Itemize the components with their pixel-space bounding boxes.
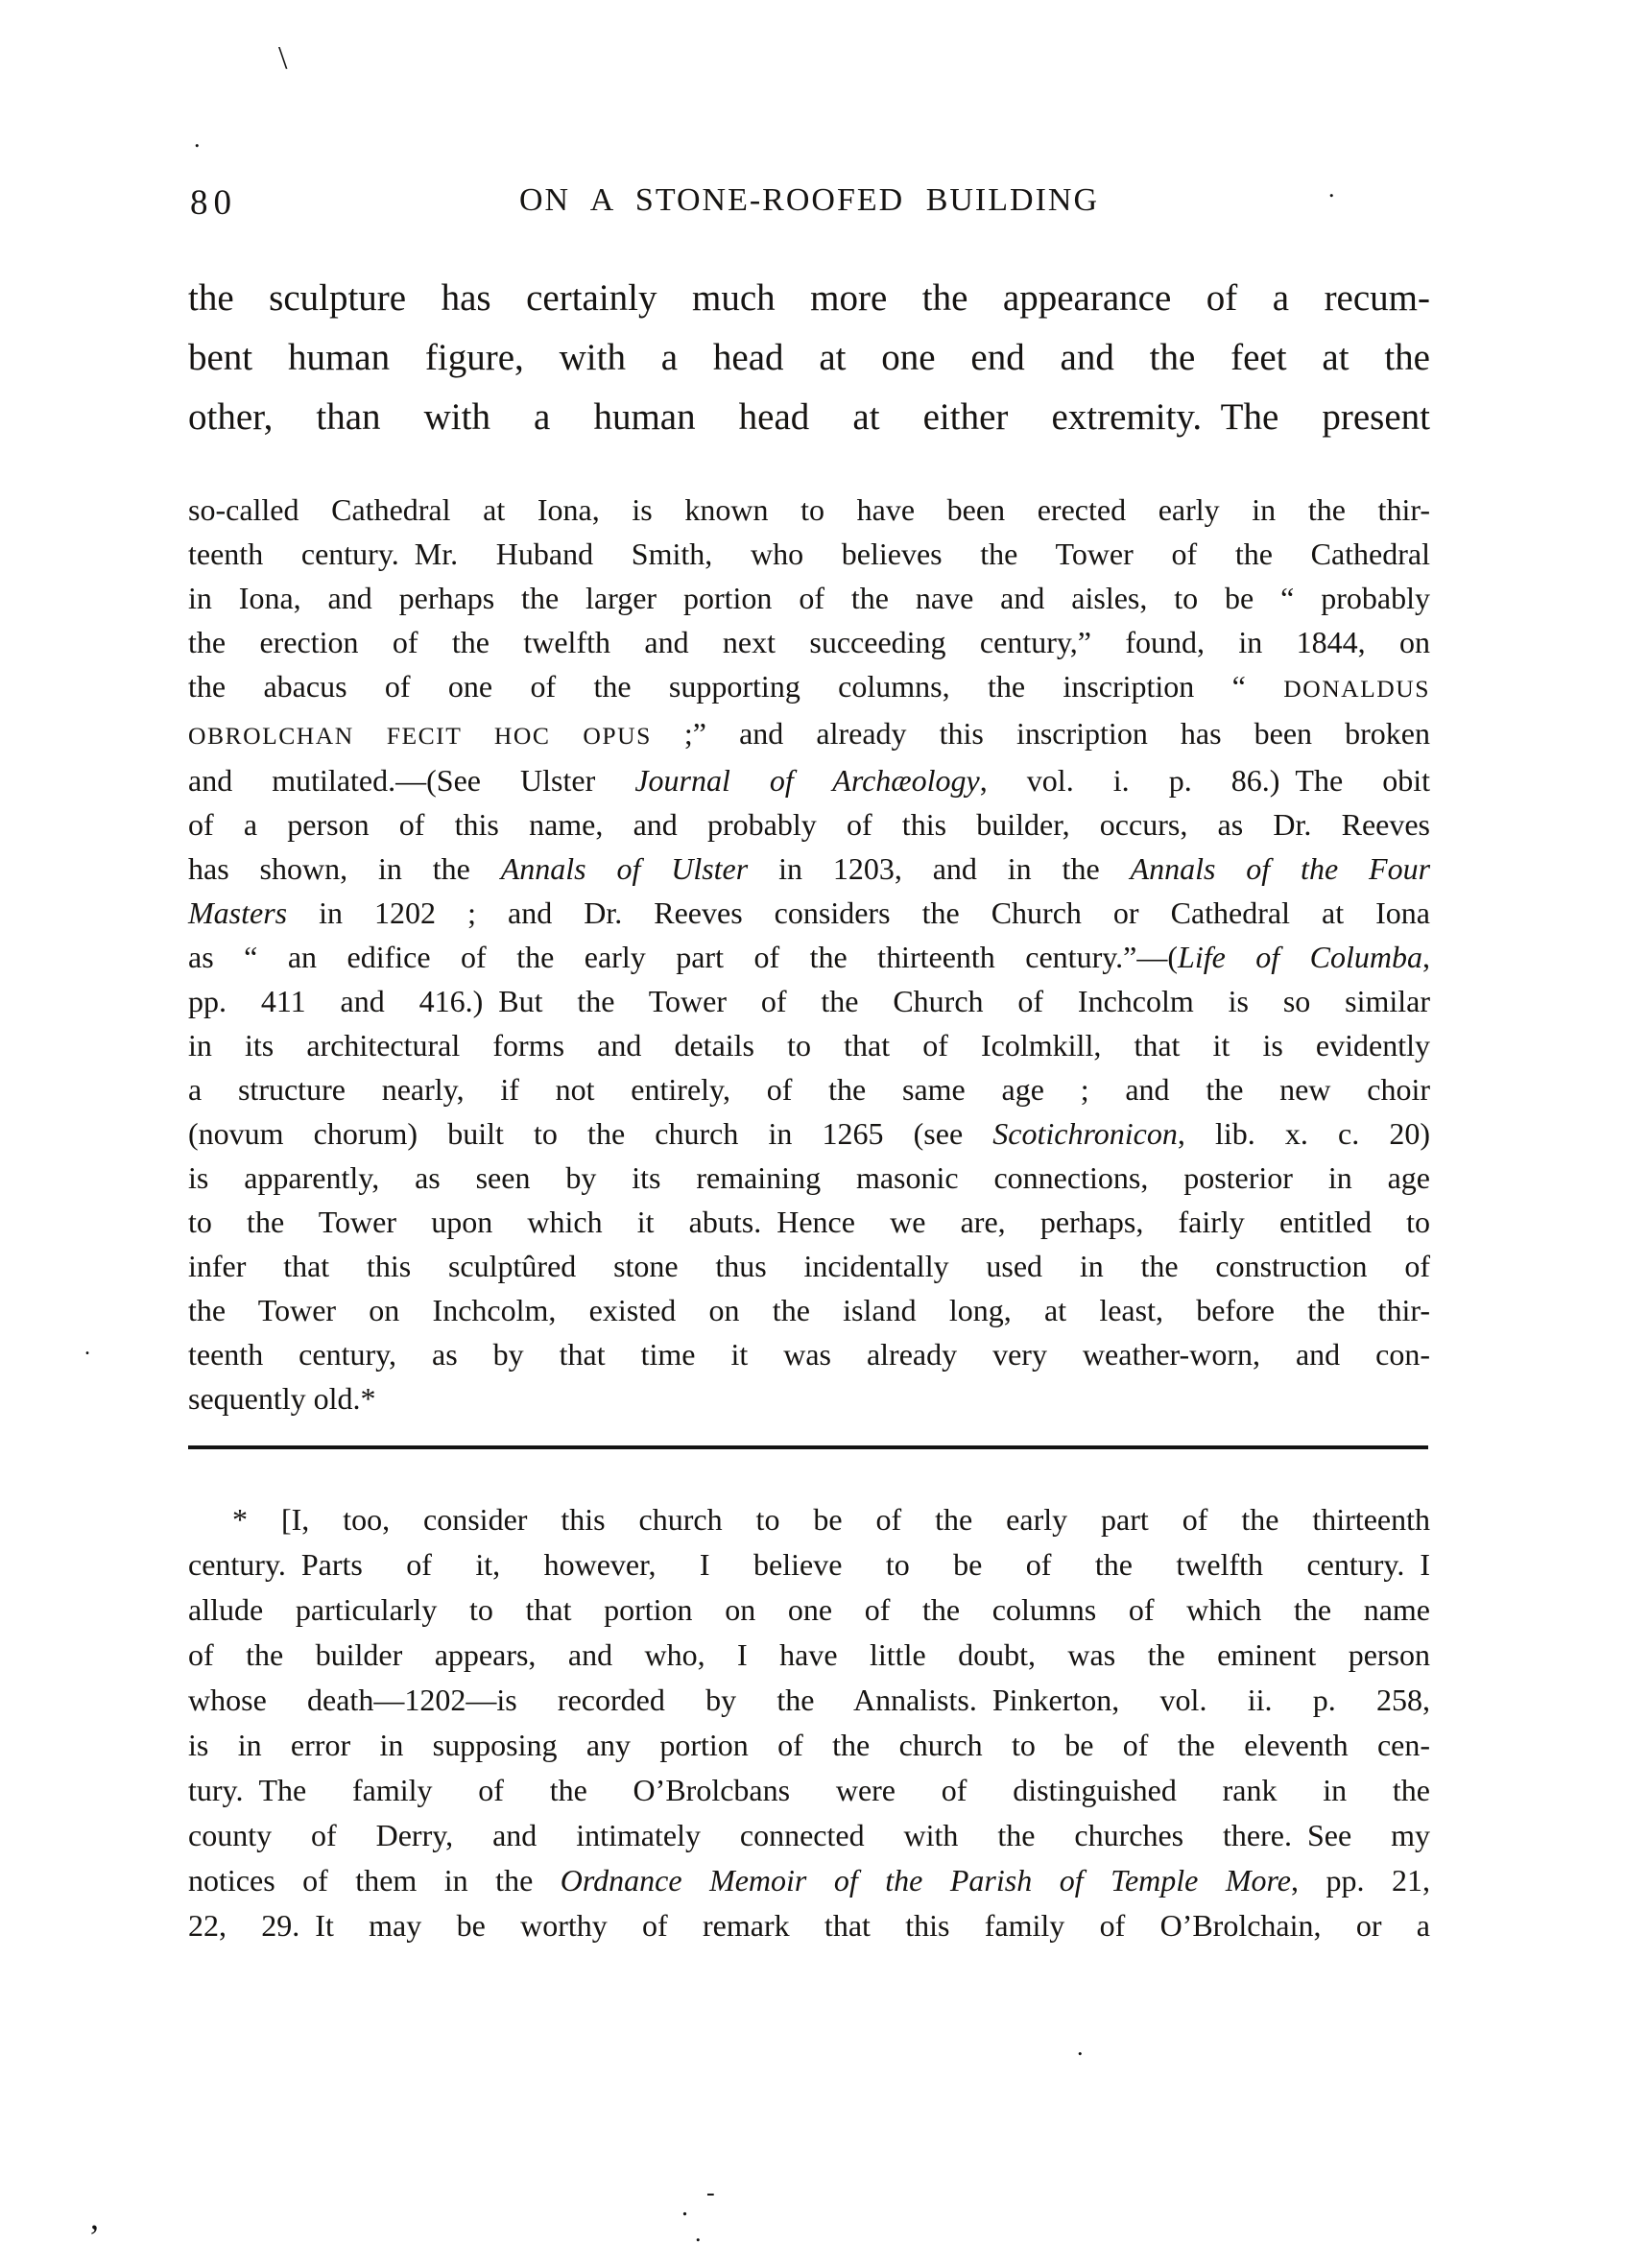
text-line: 22, 29. It may be worthy of remark that …: [188, 1903, 1430, 1948]
footnote-continuation: so-called Cathedral at Iona, is known to…: [188, 488, 1430, 1420]
text-line: in Iona, and perhaps the larger portion …: [188, 576, 1430, 620]
text-line: whose death—1202—is recorded by the Anna…: [188, 1678, 1430, 1723]
text-segment: tury. The family of the O’Brolcbans were…: [188, 1773, 1430, 1807]
text-segment: in its architectural forms and details t…: [188, 1028, 1430, 1062]
text-segment: whose death—1202—is recorded by the Anna…: [188, 1683, 1430, 1717]
text-line: the abacus of one of the supporting colu…: [188, 664, 1430, 711]
text-line: * [I, too, consider this church to be of…: [188, 1497, 1430, 1542]
text-line: pp. 411 and 416.) But the Tower of the C…: [188, 979, 1430, 1023]
text-segment: , vol. i. p. 86.) The obit: [980, 763, 1430, 798]
smallcaps-inscription: OBROLCHAN FECIT HOC OPUS: [188, 722, 652, 750]
text-line: the sculpture has certainly much more th…: [188, 269, 1430, 328]
text-segment: so-called Cathedral at Iona, is known to…: [188, 492, 1430, 527]
text-segment: infer that this sculptûred stone thus in…: [188, 1249, 1430, 1283]
text-line: sequently old.*: [188, 1376, 1430, 1420]
text-segment: allude particularly to that portion on o…: [188, 1592, 1430, 1627]
text-segment: ;” and already this inscription has been…: [652, 716, 1430, 751]
italic-text: Scotichronicon: [992, 1116, 1178, 1151]
text-line: other, than with a human head at either …: [188, 388, 1430, 447]
text-line: as “ an edifice of the early part of the…: [188, 935, 1430, 979]
text-segment: 22, 29. It may be worthy of remark that …: [188, 1908, 1430, 1943]
text-segment: a structure nearly, if not entirely, of …: [188, 1072, 1430, 1107]
ink-mark: ,: [90, 2200, 99, 2234]
footnote-rule: [188, 1445, 1428, 1449]
text-segment: century. Parts of it, however, I believe…: [188, 1547, 1430, 1582]
text-line: Masters in 1202 ; and Dr. Reeves conside…: [188, 891, 1430, 935]
text-line: is in error in supposing any portion of …: [188, 1723, 1430, 1768]
text-segment: and mutilated.—(See Ulster: [188, 763, 634, 798]
text-segment: of the builder appears, and who, I have …: [188, 1637, 1430, 1672]
italic-text: Ordnance Memoir of the Parish of Temple …: [561, 1863, 1291, 1898]
text-segment: sequently old.*: [188, 1381, 376, 1416]
text-line: bent human figure, with a head at one en…: [188, 328, 1430, 388]
text-line: so-called Cathedral at Iona, is known to…: [188, 488, 1430, 532]
page-number: 80: [190, 182, 237, 224]
text-line: teenth century. Mr. Huband Smith, who be…: [188, 532, 1430, 576]
ink-mark: \: [278, 42, 287, 75]
text-line: of a person of this name, and probably o…: [188, 802, 1430, 847]
running-header: 80 ON A STONE-ROOFED BUILDING: [188, 182, 1430, 225]
text-segment: county of Derry, and intimately connecte…: [188, 1818, 1430, 1852]
text-line: century. Parts of it, however, I believe…: [188, 1542, 1430, 1588]
running-header-title: ON A STONE-ROOFED BUILDING: [188, 182, 1430, 219]
text-segment: notices of them in the: [188, 1863, 561, 1898]
text-segment: , lib. x. c. 20): [1178, 1116, 1430, 1151]
text-segment: bent human figure, with a head at one en…: [188, 337, 1430, 378]
text-line: notices of them in the Ordnance Memoir o…: [188, 1858, 1430, 1903]
smallcaps-inscription: DONALDUS: [1283, 675, 1430, 703]
text-line: tury. The family of the O’Brolcbans were…: [188, 1768, 1430, 1813]
text-segment: the abacus of one of the supporting colu…: [188, 669, 1283, 704]
italic-text: Annals of the Four: [1131, 851, 1431, 886]
text-line: is apparently, as seen by its remaining …: [188, 1156, 1430, 1200]
text-segment: the sculpture has certainly much more th…: [188, 277, 1430, 319]
text-segment: to the Tower upon which it abuts. Hence …: [188, 1205, 1430, 1239]
ink-mark: .: [1077, 2035, 1084, 2060]
text-line: in its architectural forms and details t…: [188, 1023, 1430, 1067]
text-line: to the Tower upon which it abuts. Hence …: [188, 1200, 1430, 1244]
text-segment: the Tower on Inchcolm, existed on the is…: [188, 1293, 1430, 1327]
scanned-book-page: 80 ON A STONE-ROOFED BUILDING the sculpt…: [0, 0, 1648, 2268]
text-segment: teenth century. Mr. Huband Smith, who be…: [188, 537, 1430, 571]
text-line: the erection of the twelfth and next suc…: [188, 620, 1430, 664]
text-line: a structure nearly, if not entirely, of …: [188, 1067, 1430, 1111]
text-line: the Tower on Inchcolm, existed on the is…: [188, 1288, 1430, 1332]
text-line: (novum chorum) built to the church in 12…: [188, 1111, 1430, 1156]
footnote: * [I, too, consider this church to be of…: [188, 1497, 1430, 1948]
text-segment: the erection of the twelfth and next suc…: [188, 625, 1430, 659]
text-segment: pp. 411 and 416.) But the Tower of the C…: [188, 984, 1430, 1018]
text-segment: of a person of this name, and probably o…: [188, 807, 1430, 842]
ink-mark: .: [695, 2221, 702, 2246]
text-segment: has shown, in the: [188, 851, 501, 886]
ink-mark: .: [194, 127, 201, 152]
text-segment: in 1202 ; and Dr. Reeves considers the C…: [287, 895, 1430, 930]
text-segment: ,: [1422, 940, 1430, 974]
text-segment: * [I, too, consider this church to be of…: [232, 1502, 1430, 1537]
text-segment: , pp. 21,: [1291, 1863, 1430, 1898]
italic-text: Annals of Ulster: [501, 851, 749, 886]
text-line: infer that this sculptûred stone thus in…: [188, 1244, 1430, 1288]
text-segment: in 1203, and in the: [748, 851, 1130, 886]
text-line: and mutilated.—(See Ulster Journal of Ar…: [188, 758, 1430, 802]
italic-text: Journal of Archæology: [634, 763, 979, 798]
text-block: 80 ON A STONE-ROOFED BUILDING the sculpt…: [188, 0, 1430, 1948]
text-segment: is apparently, as seen by its remaining …: [188, 1160, 1430, 1195]
italic-text: Masters: [188, 895, 287, 930]
text-line: county of Derry, and intimately connecte…: [188, 1813, 1430, 1858]
text-line: of the builder appears, and who, I have …: [188, 1633, 1430, 1678]
text-segment: is in error in supposing any portion of …: [188, 1728, 1430, 1762]
ink-mark: .: [1328, 177, 1335, 202]
ink-mark: .: [681, 2194, 688, 2221]
text-segment: other, than with a human head at either …: [188, 396, 1430, 438]
text-line: OBROLCHAN FECIT HOC OPUS ;” and already …: [188, 711, 1430, 758]
text-segment: as “ an edifice of the early part of the…: [188, 940, 1178, 974]
ink-mark: .: [84, 1336, 90, 1359]
italic-text: Life of Columba: [1178, 940, 1422, 974]
text-line: teenth century, as by that time it was a…: [188, 1332, 1430, 1376]
text-segment: teenth century, as by that time it was a…: [188, 1337, 1430, 1372]
text-segment: (novum chorum) built to the church in 12…: [188, 1116, 992, 1151]
text-segment: in Iona, and perhaps the larger portion …: [188, 581, 1430, 615]
text-line: has shown, in the Annals of Ulster in 12…: [188, 847, 1430, 891]
text-line: allude particularly to that portion on o…: [188, 1588, 1430, 1633]
ink-mark: -: [706, 2181, 715, 2206]
main-paragraph: the sculpture has certainly much more th…: [188, 269, 1430, 447]
